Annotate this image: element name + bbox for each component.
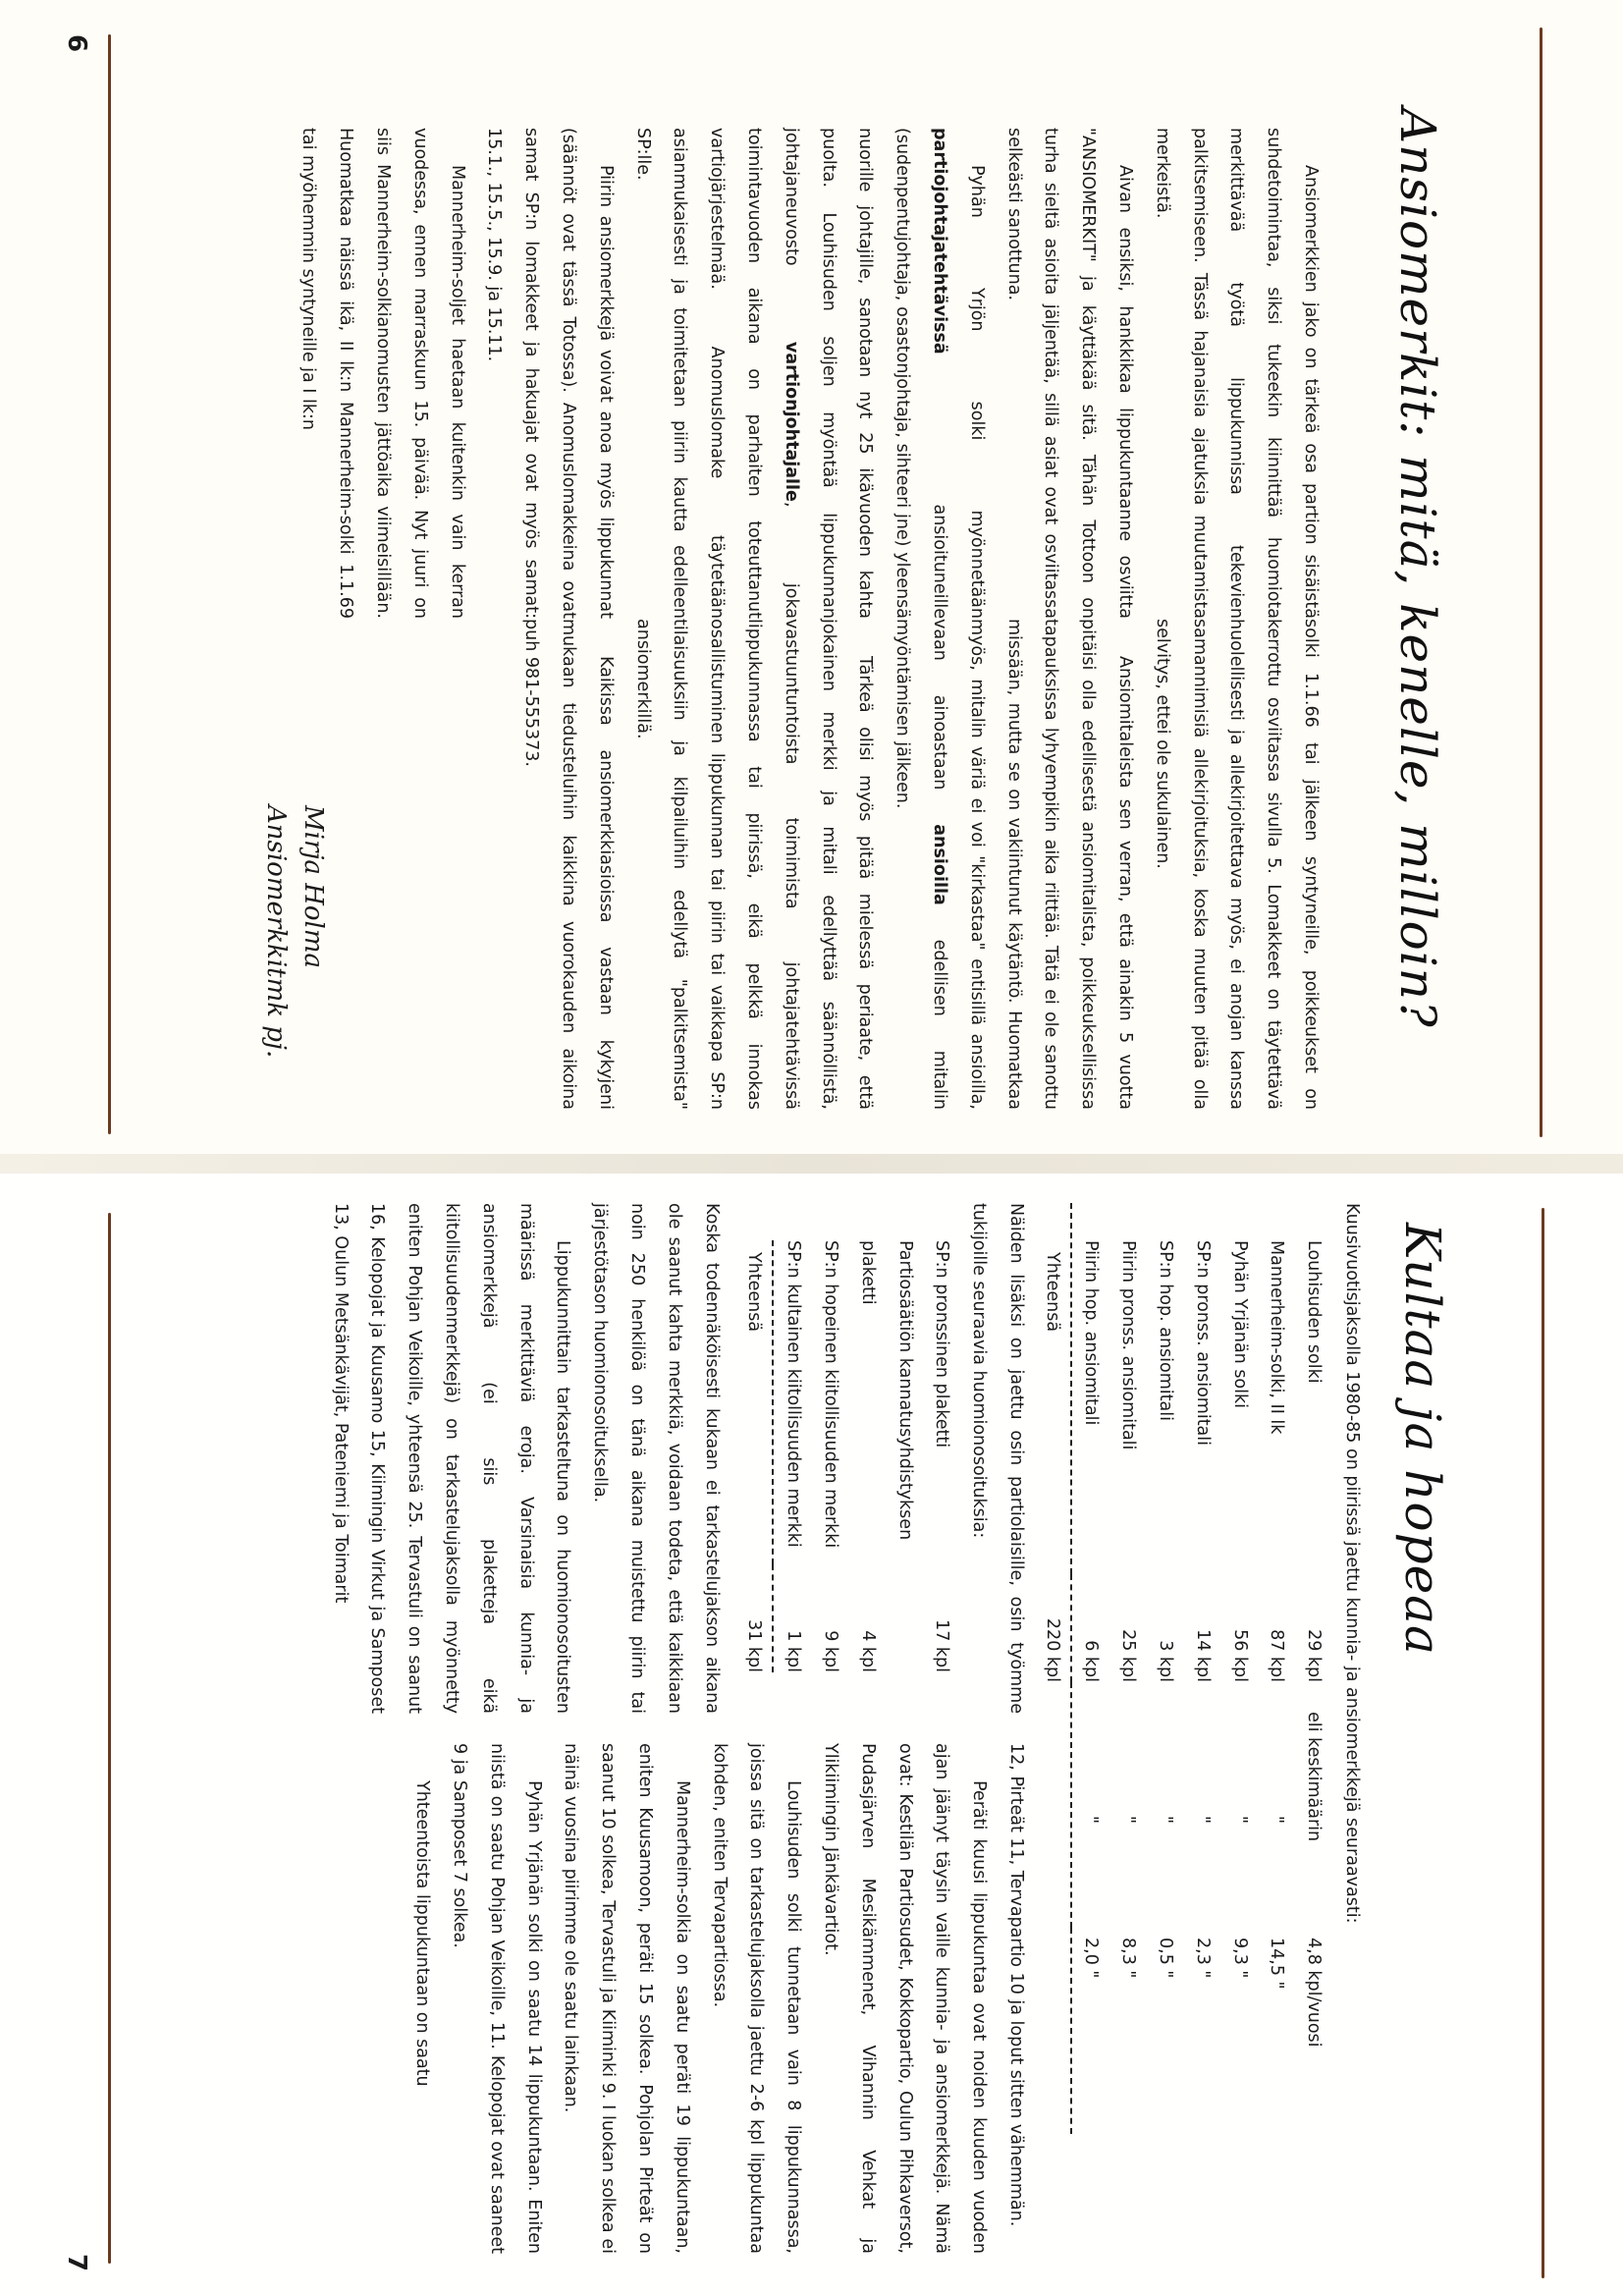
table-cell: SP:n hop. ansiomitali <box>1147 1203 1184 1574</box>
table-cell: 25 kpl <box>1109 1574 1147 1682</box>
paragraph: Ansiomerkkien jako on tärkeä osa partion… <box>1143 128 1328 619</box>
table-cell: 14,5 " <box>1258 1928 1295 2134</box>
table-cell: 0,5 " <box>1147 1928 1184 2134</box>
page-title: Kultaa ja hopeaa <box>1394 1223 1451 1656</box>
paragraph: Kaikissa ansiomerkkiasioissa vastaan kyk… <box>512 619 622 1110</box>
table-total-row: Yhteensä31 kpl <box>735 1240 774 1672</box>
table-cell: 29 kpl <box>1295 1574 1332 1682</box>
table-cell: " <box>1147 1682 1184 1928</box>
table-cell: " <box>1258 1682 1295 1928</box>
paragraph: solki 1.1.66 tai jälkeen syntyneille, po… <box>1143 619 1328 1110</box>
paragraph: Mannerheim-solkia on saatu peräti 19 lip… <box>552 1743 700 2254</box>
table-cell: Piirin pronss. ansiomitali <box>1109 1203 1147 1574</box>
signature-role: Ansiomerkkitmk pj. <box>257 805 295 1058</box>
page-gutter <box>0 1154 1623 1174</box>
table-total-row: Yhteensä220 kpl <box>1034 1203 1072 2134</box>
paragraph: Pyhän Yrjön solki myönnetään partiojohta… <box>623 128 995 619</box>
paragraph: Ansiomitaleista sen verran, että ainakin… <box>883 619 1143 1110</box>
table-cell: 6 kpl <box>1071 1574 1109 1682</box>
right-column-1-body: Näiden lisäksi on jaettu osin partiolais… <box>321 1203 1034 1714</box>
paragraph: Näiden lisäksi on jaettu osin partiolais… <box>959 1203 1034 1714</box>
table-cell: 8,3 " <box>1109 1928 1147 2134</box>
table-cell: 2,0 " <box>1071 1928 1109 2134</box>
signature: Mirja Holma Ansiomerkkitmk pj. <box>257 805 332 1058</box>
table-cell: 87 kpl <box>1258 1574 1295 1682</box>
table-cell: 14 kpl <box>1184 1574 1221 1682</box>
table-row: Piirin hop. ansiomitali6 kpl"2,0 " <box>1071 1203 1109 2134</box>
paragraph: Peräti kuusi lippukuntaa ovat noiden kuu… <box>811 1743 997 2254</box>
bottom-rule <box>108 1213 111 2264</box>
honours-table: SP:n pronssinen plaketti17 kplPartiosäät… <box>735 1240 960 1672</box>
table-cell: Piirin hop. ansiomitali <box>1071 1203 1109 1574</box>
table-cell: 4 kpl <box>848 1564 923 1672</box>
right-column-1: Kuusivuotisjaksolla 1980-85 on piirissä … <box>1332 1203 1370 2244</box>
table-cell: 4,8 kpl/vuosi <box>1295 1928 1332 2134</box>
left-page: Ansiomerkit: mitä, kenelle, milloin? Ans… <box>0 0 1623 1154</box>
table-row: Louhisuden solki29 kpleli keskimäärin4,8… <box>1295 1203 1332 2134</box>
table-cell: SP:n pronssinen plaketti <box>923 1240 960 1564</box>
right-page: Kultaa ja hopeaa Kuusivuotisjaksolla 198… <box>0 1174 1623 2296</box>
table-row: Piirin pronss. ansiomitali25 kpl"8,3 " <box>1109 1203 1147 2134</box>
table-row: Partiosäätiön kannatusyhdistyksen plaket… <box>848 1240 923 1672</box>
table-cell: " <box>1109 1682 1147 1928</box>
table-row: Mannerheim-solki, II lk87 kpl"14,5 " <box>1258 1203 1295 2134</box>
table-cell: SP:n kultainen kiitollisuuden merkki <box>773 1240 811 1564</box>
table-cell: Yhteensä <box>735 1240 774 1564</box>
awards-table: Louhisuden solki29 kpleli keskimäärin4,8… <box>1034 1203 1332 2134</box>
table-cell: Partiosäätiön kannatusyhdistyksen plaket… <box>848 1240 923 1564</box>
table-cell: 220 kpl <box>1034 1574 1072 1682</box>
table-cell: 9,3 " <box>1221 1928 1259 2134</box>
table-cell: eli keskimäärin <box>1295 1682 1332 1928</box>
table-cell: " <box>1071 1682 1109 1928</box>
table-row: Pyhän Yrjänän solki56 kpl"9,3 " <box>1221 1203 1259 2134</box>
paragraph: Louhisuden solki tunnetaan vain 8 lippuk… <box>700 1743 811 2254</box>
left-column-1: Ansiomerkkien jako on tärkeä osa partion… <box>290 128 1328 619</box>
table-row: SP:n kultainen kiitollisuuden merkki1 kp… <box>773 1240 811 1672</box>
table-cell: Yhteensä <box>1034 1203 1072 1574</box>
paragraph: Mannerheim-soljet haetaan kuitenkin vain… <box>290 128 475 619</box>
table-row: SP:n hop. ansiomitali3 kpl"0,5 " <box>1147 1203 1184 2134</box>
paragraph: Lippukunnittain tarkasteltuna on huomion… <box>321 1203 581 1714</box>
table-cell: 9 kpl <box>811 1564 848 1672</box>
table-cell: 17 kpl <box>923 1564 960 1672</box>
page-number: 7 <box>62 2254 91 2271</box>
paragraph: Tärkeä olisi myös pitää mielessä periaat… <box>623 619 884 1110</box>
paragraph: Pyhän Yrjänän solki on saatu 14 lippukun… <box>440 1743 551 2254</box>
table-row: SP:n pronssinen plaketti17 kpl <box>923 1240 960 1672</box>
paragraph: Yhteentoista lippukuntaan on saatu <box>403 1743 440 2254</box>
table-cell: Louhisuden solki <box>1295 1203 1332 1574</box>
table-row: SP:n pronss. ansiomitali14 kpl"2,3 " <box>1184 1203 1221 2134</box>
magazine-spread: Ansiomerkit: mitä, kenelle, milloin? Ans… <box>0 0 1623 2296</box>
table-cell: 2,3 " <box>1184 1928 1221 2134</box>
top-rule <box>1542 1208 1544 2278</box>
paragraph: Piirin ansiomerkkejä voivat anoa myös li… <box>475 128 623 619</box>
page-number: 6 <box>62 34 91 52</box>
top-rule <box>1540 27 1542 1137</box>
table-cell: 3 kpl <box>1147 1574 1184 1682</box>
table-cell: " <box>1184 1682 1221 1928</box>
table-cell: Mannerheim-solki, II lk <box>1258 1203 1295 1574</box>
table-cell: Pyhän Yrjänän solki <box>1221 1203 1259 1574</box>
table-cell: " <box>1221 1682 1259 1928</box>
table-cell: SP:n pronss. ansiomitali <box>1184 1203 1221 1574</box>
table-cell: 1 kpl <box>773 1564 811 1672</box>
table-row: SP:n hopeinen kiitollisuuden merkki9 kpl <box>811 1240 848 1672</box>
paragraph: 12, Pirteät 11, Tervapartio 10 ja loput … <box>997 1743 1034 2254</box>
table-cell: 56 kpl <box>1221 1574 1259 1682</box>
paragraph: Koska todennäköisesti kukaan ei tarkaste… <box>580 1203 729 1714</box>
signature-name: Mirja Holma <box>295 805 332 1058</box>
bottom-rule <box>108 34 111 1134</box>
right-column-2: 12, Pirteät 11, Tervapartio 10 ja loput … <box>403 1743 1034 2254</box>
table-cell: SP:n hopeinen kiitollisuuden merkki <box>811 1240 848 1564</box>
page-title: Ansiomerkit: mitä, kenelle, milloin? <box>1389 108 1446 1028</box>
left-column-2: solki 1.1.66 tai jälkeen syntyneille, po… <box>512 619 1328 1110</box>
intro-text: Kuusivuotisjaksolla 1980-85 on piirissä … <box>1332 1203 1370 2244</box>
table-cell: 31 kpl <box>735 1564 774 1672</box>
paragraph: Aivan ensiksi, hankkikaa lippukuntaanne … <box>995 128 1143 619</box>
